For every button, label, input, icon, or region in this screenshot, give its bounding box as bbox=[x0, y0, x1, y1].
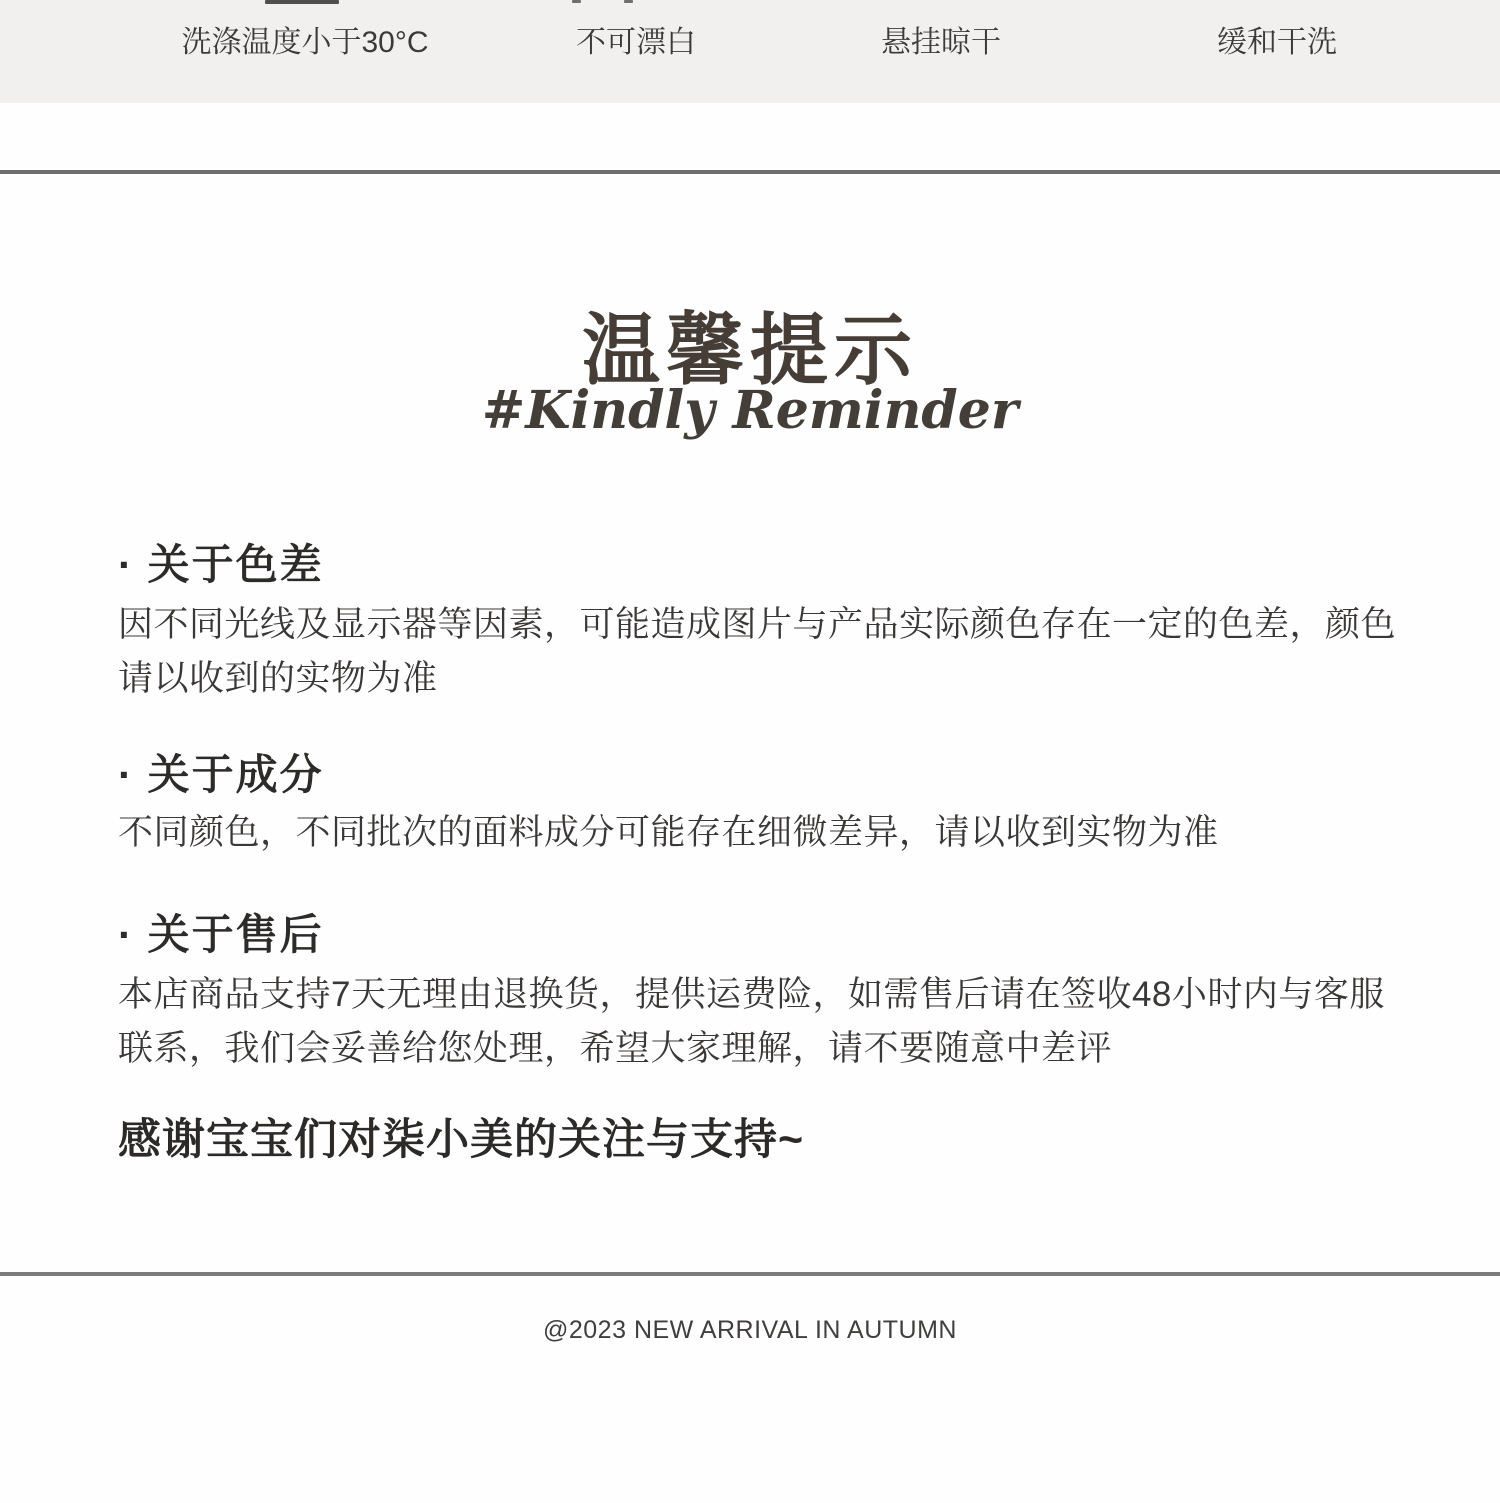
section-body-after-sales: 本店商品支持7天无理由退换货，提供运费险，如需售后请在签收48小时内与客服联系，… bbox=[118, 968, 1410, 1076]
no-bleach-icon bbox=[572, 0, 581, 3]
section-heading-after-sales: · 关于售后 bbox=[118, 902, 324, 962]
section-heading-color-difference: · 关于色差 bbox=[118, 532, 324, 592]
page-subtitle: #Kindly Reminder bbox=[0, 380, 1500, 441]
care-label-hang-dry: 悬挂晾干 bbox=[791, 26, 1091, 60]
care-label-wash-temp: 洗涤温度小于30°C bbox=[155, 26, 455, 60]
section-body-color-difference: 因不同光线及显示器等因素，可能造成图片与产品实际颜色存在一定的色差，颜色请以收到… bbox=[118, 598, 1410, 706]
section-heading-composition: · 关于成分 bbox=[118, 742, 324, 802]
care-label-strip: 洗涤温度小于30°C 不可漂白 悬挂晾干 缓和干洗 bbox=[0, 0, 1500, 103]
washtub-icon bbox=[265, 0, 339, 4]
section-divider-bottom bbox=[0, 1272, 1500, 1276]
section-body-composition: 不同颜色，不同批次的面料成分可能存在细微差异，请以收到实物为准 bbox=[118, 806, 1410, 860]
product-detail-reminder-page: 洗涤温度小于30°C 不可漂白 悬挂晾干 缓和干洗 温馨提示 #Kindly R… bbox=[0, 0, 1500, 1503]
no-bleach-icon bbox=[624, 0, 633, 3]
closing-thanks-text: 感谢宝宝们对柒小美的关注与支持~ bbox=[118, 1106, 804, 1167]
care-label-no-bleach: 不可漂白 bbox=[486, 26, 786, 60]
care-label-dry-clean: 缓和干洗 bbox=[1127, 26, 1427, 60]
footer-tagline: @2023 NEW ARRIVAL IN AUTUMN bbox=[0, 1316, 1500, 1345]
section-divider-top bbox=[0, 170, 1500, 174]
